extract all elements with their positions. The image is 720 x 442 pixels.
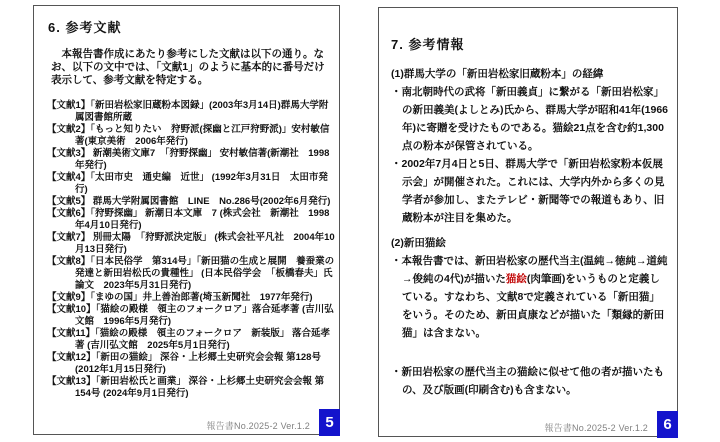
page-6: 7. 参考情報 (1)群馬大学の「新田岩松家旧蔵粉本」の経緯 ・南北朝時代の武将… [378,7,678,437]
reference-item: 【文献4】「太田市史 通史編 近世」 (1992年3月31日 太田市発行) [47,172,336,196]
page-5: 6. 参考文献 本報告書作成にあたり参考にした文献は以下の通り。なお、以下の文中… [33,5,340,435]
section-heading: (1)群馬大学の「新田岩松家旧蔵粉本」の経緯 [391,65,669,83]
section-nitta-cat-painting: (2)新田猫絵 ・本報告書では、新田岩松家の歴代当主(温純→徳純→道純→俊純の4… [391,234,669,399]
reference-item: 【文献9】「まゆの国」井上善治郎著(埼玉新聞社 1977年発行) [47,292,336,304]
reference-item: 【文献6】「狩野探幽」 新潮日本文庫 7 (株式会社 新潮社 1998年4月10… [47,208,336,232]
report-footer: 報告書No.2025-2 Ver.1.2 [206,419,310,432]
bullet-paragraph: ・本報告書では、新田岩松家の歴代当主(温純→徳純→道純→俊純の4代)が描いた猫絵… [391,252,669,342]
reference-item: 【文献8】「日本民俗学 第314号」「新田猫の生成と展開 養蚕業の発達と新田岩松… [47,256,336,292]
reference-item: 【文献2】「もっと知りたい 狩野派(探幽と江戸狩野派)」安村敏信著(東京美術 2… [47,124,336,148]
page-5-content: 6. 参考文献 本報告書作成にあたり参考にした文献は以下の通り。なお、以下の文中… [34,6,339,400]
page-title: 7. 参考情報 [391,34,669,53]
page-title: 6. 参考文献 [48,17,336,36]
page-number-badge: 5 [319,409,340,436]
page-6-content: 7. 参考情報 (1)群馬大学の「新田岩松家旧蔵粉本」の経緯 ・南北朝時代の武将… [379,8,677,399]
reference-item: 【文献7】 別冊太陽 「狩野派決定版」 (株式会社平凡社 2004年10月13日… [47,232,336,256]
reference-item: 【文献13】「新田岩松氏と画業」 深谷・上杉郷土史研究会会報 第154号 (20… [47,376,336,400]
page-number-badge: 6 [657,411,678,438]
reference-list: 【文献1】「新田岩松家旧蔵粉本図録」(2003年3月14日)群馬大学附属図書館所… [47,100,336,400]
page-6-body: (1)群馬大学の「新田岩松家旧蔵粉本」の経緯 ・南北朝時代の武将「新田義貞」に繋… [391,65,669,399]
section-provenance: (1)群馬大学の「新田岩松家旧蔵粉本」の経緯 ・南北朝時代の武将「新田義貞」に繋… [391,65,669,227]
bullet-paragraph: ・新田岩松家の歴代当主の猫絵に似せて他の者が描いたもの、及び版画(印刷含む)も含… [391,363,669,399]
section-heading: (2)新田猫絵 [391,234,669,252]
report-spread: 6. 参考文献 本報告書作成にあたり参考にした文献は以下の通り。なお、以下の文中… [0,0,720,442]
reference-item: 【文献3】 新潮美術文庫7 「狩野探幽」 安村敏信著(新潮社 1998年発行) [47,148,336,172]
reference-item: 【文献5】 群馬大学附属図書館 LINE No.286号(2002年6月発行) [47,196,336,208]
reference-item: 【文献11】「猫絵の殿様 領主のフォークロア 新装版」 落合延孝著 (吉川弘文館… [47,328,336,352]
bullet-paragraph: ・南北朝時代の武将「新田義貞」に繋がる「新田岩松家」の新田義美(よしとみ)氏から… [391,83,669,155]
reference-item: 【文献1】「新田岩松家旧蔵粉本図録」(2003年3月14日)群馬大学附属図書館所… [47,100,336,124]
report-footer: 報告書No.2025-2 Ver.1.2 [544,421,648,434]
bullet-paragraph: ・2002年7月4日と5日、群馬大学で「新田岩松家粉本仮展示会」が開催された。こ… [391,155,669,227]
red-highlight: 猫絵 [506,273,527,285]
reference-item: 【文献10】「猫絵の殿様 領主のフォークロア」落合延孝著 (吉川弘文館 1996… [47,304,336,328]
reference-item: 【文献12】「新田の猫絵」 深谷・上杉郷土史研究会会報 第128号 (2012年… [47,352,336,376]
intro-paragraph: 本報告書作成にあたり参考にした文献は以下の通り。なお、以下の文中では、「文献1」… [51,48,330,87]
